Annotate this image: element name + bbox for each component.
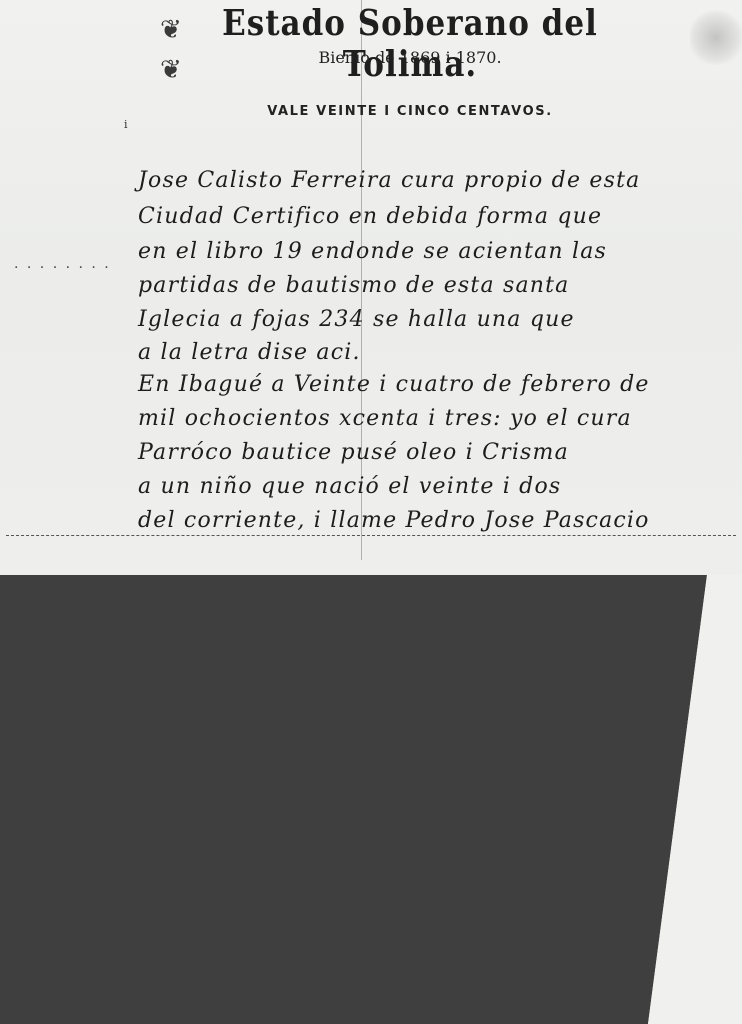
dark-background — [0, 575, 742, 1024]
stamp-value: VALE VEINTE I CINCO CENTAVOS. — [230, 104, 590, 119]
cut-off-line — [6, 535, 736, 536]
handwritten-line: Jose Calisto Ferreira cura propio de est… — [138, 168, 738, 193]
letterhead-subtitle: Bienio de 1869 i 1870. — [300, 48, 520, 67]
margin-marks: . . . . . . . . — [14, 256, 111, 272]
handwritten-line: en el libro 19 endonde se acientan las — [138, 239, 738, 264]
letterhead-title: Estado Soberano del Tolima. — [150, 3, 670, 86]
small-mark: i — [124, 118, 128, 131]
handwritten-line: del corriente, i llame Pedro Jose Pascac… — [138, 508, 738, 533]
ink-stain — [690, 10, 742, 65]
handwritten-line: Iglecia a fojas 234 se halla una que — [138, 307, 738, 332]
handwritten-line: a la letra dise aci. — [138, 340, 738, 365]
certificate-paper: ❦ ❦ Estado Soberano del Tolima. Bienio d… — [0, 0, 742, 575]
handwritten-line: Ciudad Certifico en debida forma que — [138, 204, 738, 229]
handwritten-line: a un niño que nació el veinte i dos — [138, 474, 738, 499]
handwritten-line: partidas de bautismo de esta santa — [138, 273, 738, 298]
handwritten-line: mil ochocientos xcenta i tres: yo el cur… — [138, 406, 738, 431]
handwritten-line: En Ibagué a Veinte i cuatro de febrero d… — [138, 372, 738, 397]
handwritten-line: Parróco bautice pusé oleo i Crisma — [138, 440, 738, 465]
